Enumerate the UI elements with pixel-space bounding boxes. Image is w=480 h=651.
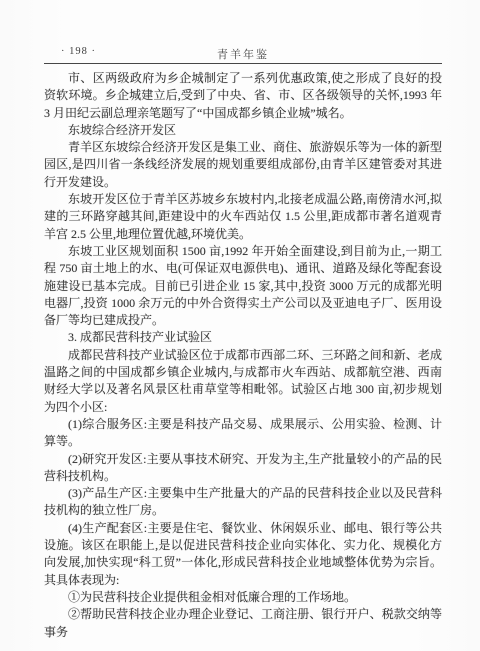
page-content: · 198 · 青羊年鉴 市、区两级政府为乡企城制定了一系列优惠政策,使之形成了… [44,46,442,641]
paragraph: (4)生产配套区:主要是住宅、餐饮业、休闲娱乐业、邮电、银行等公共设施。该区在职… [44,520,442,589]
document-page: · 198 · 青羊年鉴 市、区两级政府为乡企城制定了一系列优惠政策,使之形成了… [0,0,480,651]
paragraph: 成都民营科技产业试验区位于成都市西部二环、三环路之间和新、老成温路之间的中国成都… [44,347,442,416]
paragraph: (1)综合服务区:主要是科技产品交易、成果展示、公用实验、检测、计算等。 [44,416,442,451]
paragraph: 青羊区东坡综合经济开发区是集工业、商住、旅游娱乐等为一体的新型园区,是四川省一条… [44,139,442,191]
paragraph: (3)产品生产区:主要集中生产批量大的产品的民营科技企业以及民营科技机构的独立性… [44,485,442,520]
running-header: · 198 · 青羊年鉴 [44,46,442,61]
paragraph: 市、区两级政府为乡企城制定了一系列优惠政策,使之形成了良好的投资软环境。乡企城建… [44,70,442,122]
paragraph: 东坡工业区规划面积 1500 亩,1992 年开始全面建设,到目前为止,一期工程… [44,243,442,329]
section-heading: 东坡综合经济开发区 [44,122,442,139]
paragraph: (2)研究开发区:主要从事技术研究、开发为主,生产批量较小的产品的民营科技机构。 [44,451,442,486]
book-title: 青羊年鉴 [44,46,442,62]
paragraph: ①为民营科技企业提供租金相对低廉合理的工作场地。 [44,589,442,606]
header-rule [44,63,442,64]
section-heading: 3. 成都民营科技产业试验区 [44,329,442,346]
body-text: 市、区两级政府为乡企城制定了一系列优惠政策,使之形成了良好的投资软环境。乡企城建… [44,70,442,641]
paragraph: 东坡开发区位于青羊区苏坡乡东坡村内,北接老成温公路,南傍清水河,拟建的三环路穿越… [44,191,442,243]
paragraph: ②帮助民营科技企业办理企业登记、工商注册、银行开户、税款交纳等事务 [44,606,442,641]
